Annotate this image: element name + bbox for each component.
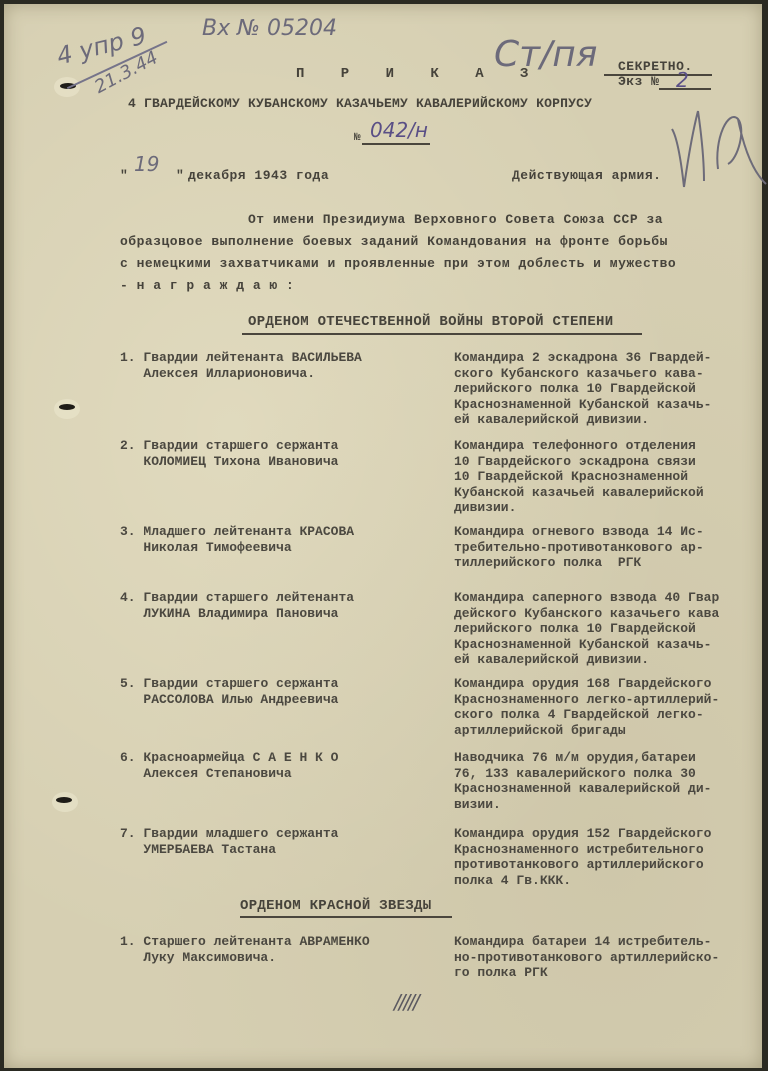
position-line: Командира саперного взвода 40 Гвар [454,590,719,605]
position-line: Командира орудия 152 Гвардейского [454,826,711,841]
position-line: противотанкового артиллерийского [454,857,704,872]
position-line: визии. [454,797,501,812]
date-text: декабря 1943 года [188,168,329,183]
position-line: Наводчика 76 м/м орудия,батареи [454,750,696,765]
award-name-line: Гвардии старшего сержанта [143,438,338,453]
preamble-line-1: От имени Президиума Верховного Совета Со… [248,212,663,227]
order-number-underline [362,143,430,145]
section-underline [240,916,452,918]
award-name-line: Гвардии младшего сержанта [143,826,338,841]
award-num: 1. [120,350,136,365]
award-name-line: КОЛОМИЕЦ Тихона Ивановича [143,454,338,469]
award-num: 5. [120,676,136,691]
section-title-patriotic-war: ОРДЕНОМ ОТЕЧЕСТВЕННОЙ ВОЙНЫ ВТОРОЙ СТЕПЕ… [248,314,613,330]
signature-right-icon [668,99,768,194]
date-quote-close: " [176,168,184,183]
position-line: ского полка 4 Гвардейской легко- [454,707,704,722]
position-line: ей кавалерийской дивизии. [454,412,649,427]
order-number-prefix: № [354,132,361,144]
document-subtitle: 4 ГВАРДЕЙСКОМУ КУБАНСКОМУ КАЗАЧЬЕМУ КАВА… [128,96,592,111]
position-line: Краснознаменной Кубанской казачь- [454,397,711,412]
position-line: 10 Гвардейской Краснознаменной [454,469,688,484]
award-name-line: Николая Тимофеевича [143,540,291,555]
award-num: 1. [120,934,136,949]
position-line: дивизии. [454,500,516,515]
position-line: лерийского полка 10 Гвардейской [454,381,696,396]
position-line: 76, 133 кавалерийского полка 30 [454,766,696,781]
position-line: Командира огневого взвода 14 Ис- [454,524,704,539]
position-line: требительно-противотанкового ар- [454,540,704,555]
award-name-line: УМЕРБАЕВА Тастана [143,842,276,857]
award-num: 2. [120,438,136,453]
award-name-line: ЛУКИНА Владимира Пановича [143,606,338,621]
position-line: тиллерийского полка РГК [454,555,641,570]
copy-underline [659,88,711,90]
position-line: Краснознаменной кавалерийской ди- [454,781,711,796]
award-name-line: РАССОЛОВА Илью Андреевича [143,692,338,707]
section-underline [242,333,642,335]
position-line: 10 Гвардейского эскадрона связи [454,454,696,469]
position-line: Краснознаменного легко-артиллерий- [454,692,719,707]
position-line: дейского Кубанского казачьего кава [454,606,719,621]
award-name-line: Гвардии лейтенанта ВАСИЛЬЕВА [143,350,361,365]
incoming-number: Вх № 05204 [202,16,337,41]
position-line: Командира телефонного отделения [454,438,696,453]
order-number: 042/н [370,118,428,142]
award-name-line: Гвардии старшего лейтенанта [143,590,354,605]
binder-hole [59,404,75,410]
document-page: 4 упр 9 21.3.44 Вх № 05204 Ст/пя СЕКРЕТН… [4,4,762,1068]
award-name-line: Младшего лейтенанта КРАСОВА [143,524,354,539]
award-name-line: Алексея Илларионовича. [143,366,315,381]
preamble-line-4: - н а г р а ж д а ю : [120,278,294,293]
position-line: но-противотанкового артиллерийско- [454,950,719,965]
binder-hole [56,797,72,803]
date-quote-open: " [120,168,128,183]
position-line: Краснознаменного истребительного [454,842,704,857]
position-line: полка 4 Гв.ККК. [454,873,571,888]
award-name-line: Старшего лейтенанта АВРАМЕНКО [143,934,369,949]
award-name-line: Луку Максимовича. [143,950,276,965]
document-title: П Р И К А З [296,66,542,82]
award-num: 3. [120,524,136,539]
position-line: ского Кубанского казачьего кава- [454,366,704,381]
award-num: 7. [120,826,136,841]
award-num: 6. [120,750,136,765]
position-line: ей кавалерийской дивизии. [454,652,649,667]
copy-number-label: Экз № [618,74,660,89]
position-line: Командира 2 эскадрона 36 Гвардей- [454,350,711,365]
position-line: артиллерийской бригады [454,723,626,738]
end-mark: ///// [394,990,418,1014]
place-text: Действующая армия. [512,168,661,183]
award-name-line: Красноармейца С А Е Н К О [143,750,338,765]
date-day: 19 [134,152,159,176]
position-line: Кубанской казачьей кавалерийской [454,485,704,500]
position-line: го полка РГК [454,965,548,980]
award-name-line: Гвардии старшего сержанта [143,676,338,691]
preamble-line-3: с немецкими захватчиками и проявленные п… [120,256,676,271]
position-line: Командира батареи 14 истребитель- [454,934,711,949]
award-num: 4. [120,590,136,605]
position-line: лерийского полка 10 Гвардейской [454,621,696,636]
award-name-line: Алексея Степановича [143,766,291,781]
position-line: Краснознаменной Кубанской казачь- [454,637,711,652]
preamble-line-2: образцовое выполнение боевых заданий Ком… [120,234,668,249]
section-title-red-star: ОРДЕНОМ КРАСНОЙ ЗВЕЗДЫ [240,898,431,914]
position-line: Командира орудия 168 Гвардейского [454,676,711,691]
